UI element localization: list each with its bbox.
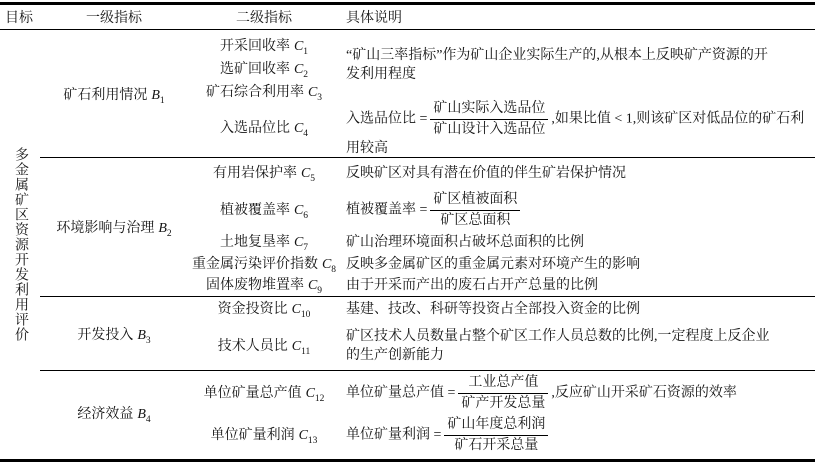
level1-cell-b2: 环境影响与治理B2 <box>40 158 188 296</box>
group-ore-utilization: 矿石利用情况B1 开采回收率C1 选矿回收率C2 矿石综合利用率C3 “矿山三率… <box>40 30 815 157</box>
header-goal: 目标 <box>0 7 40 27</box>
description-c12: 单位矿量总产值 =工业总产值矿产开发总量,反应矿山开采矿石资源的效率 <box>340 374 815 413</box>
group-environment: 环境影响与治理B2 有用岩保护率C5 反映矿区对具有潜在价值的伴生矿岩保护情况 … <box>40 157 815 296</box>
row-c6: 植被覆盖率C6 植被覆盖率 =矿区植被面积矿区总面积 <box>188 189 815 233</box>
description-c10: 基建、技改、科研等投资占全部投入资金的比例 <box>340 300 815 319</box>
paper-table-page: 目标 一级指标 二级指标 具体说明 多金属矿区资源开发利用评价 矿石利用情况B1 <box>0 0 815 466</box>
row-c13: 单位矿量利润C13 单位矿量利润 =矿山年度总利润矿石开采总量 <box>188 415 815 455</box>
goal-cell: 多金属矿区资源开发利用评价 <box>0 30 40 459</box>
level1-cell-b4: 经济效益B4 <box>40 371 188 455</box>
indicator-c8: 重金属污染评价指数C8 <box>188 256 340 273</box>
row-c8: 重金属污染评价指数C8 反映多金属矿区的重金属元素对环境产生的影响 <box>188 253 815 275</box>
group-economic-benefit: 经济效益B4 单位矿量总产值C12 单位矿量总产值 =工业总产值矿产开发总量,反… <box>40 370 815 455</box>
row-c5: 有用岩保护率C5 反映矿区对具有潜在价值的伴生矿岩保护情况 <box>188 158 815 189</box>
goal-vertical-text: 多金属矿区资源开发利用评价 <box>8 147 32 342</box>
indicator-c9: 固体废物堆置率C9 <box>188 277 340 294</box>
header-level1: 一级指标 <box>40 7 188 27</box>
row-c10: 资金投资比C10 基建、技改、科研等投资占全部投入资金的比例 <box>188 297 815 323</box>
level1-label-b4: 经济效益B4 <box>77 403 150 423</box>
row-c4: 入选品位比C4 入选品位比 =矿山实际入选品位矿山设计入选品位,如果比值 < 1… <box>188 100 815 157</box>
fraction-c6: 矿区植被面积矿区总面积 <box>430 191 520 230</box>
table-header-row: 目标 一级指标 二级指标 具体说明 <box>0 5 815 30</box>
row-c11: 技术人员比C11 矿区技术人员数量占整个矿区工作人员总数的比例,一定程度上反企业… <box>188 323 815 370</box>
evaluation-indicator-table: 目标 一级指标 二级指标 具体说明 多金属矿区资源开发利用评价 矿石利用情况B1 <box>0 2 815 462</box>
level1-label-b2: 环境影响与治理B2 <box>56 217 171 237</box>
indicator-groups: 矿石利用情况B1 开采回收率C1 选矿回收率C2 矿石综合利用率C3 “矿山三率… <box>40 30 815 459</box>
rows-c1-c3: 开采回收率C1 选矿回收率C2 矿石综合利用率C3 “矿山三率指标”作为矿山企业… <box>188 30 815 100</box>
indicator-c7: 土地复垦率C7 <box>188 234 340 251</box>
description-c13: 单位矿量利润 =矿山年度总利润矿石开采总量 <box>340 416 815 455</box>
indicator-c13: 单位矿量利润C13 <box>188 427 340 444</box>
group4-rows: 单位矿量总产值C12 单位矿量总产值 =工业总产值矿产开发总量,反应矿山开采矿石… <box>188 371 815 455</box>
indicator-c4: 入选品位比C4 <box>188 120 340 137</box>
row-c12: 单位矿量总产值C12 单位矿量总产值 =工业总产值矿产开发总量,反应矿山开采矿石… <box>188 371 815 415</box>
description-c9: 由于开采而产出的废石占开产总量的比例 <box>340 276 815 295</box>
indicator-c2: 选矿回收率C2 <box>188 58 340 81</box>
row-c9: 固体废物堆置率C9 由于开采而产出的废石占开产总量的比例 <box>188 275 815 296</box>
description-c1-c3: “矿山三率指标”作为矿山企业实际生产的,从根本上反映矿产资源的开发利用程度 <box>340 30 815 100</box>
table-body: 多金属矿区资源开发利用评价 矿石利用情况B1 开采回收率C1 选矿回收率C2 矿… <box>0 30 815 459</box>
description-c6: 植被覆盖率 =矿区植被面积矿区总面积 <box>340 191 815 230</box>
description-c4: 入选品位比 =矿山实际入选品位矿山设计入选品位,如果比值 < 1,则该矿区对低品… <box>340 100 815 158</box>
indicator-stack: 开采回收率C1 选矿回收率C2 矿石综合利用率C3 <box>188 30 340 100</box>
level1-label-b3: 开发投入B3 <box>77 324 150 344</box>
indicator-c12: 单位矿量总产值C12 <box>188 385 340 402</box>
group-development-input: 开发投入B3 资金投资比C10 基建、技改、科研等投资占全部投入资金的比例 技术… <box>40 296 815 370</box>
indicator-c5: 有用岩保护率C5 <box>188 165 340 182</box>
description-c11: 矿区技术人员数量占整个矿区工作人员总数的比例,一定程度上反企业的生产创新能力 <box>340 327 815 365</box>
fraction-c4: 矿山实际入选品位矿山设计入选品位 <box>430 100 548 139</box>
description-c5: 反映矿区对具有潜在价值的伴生矿岩保护情况 <box>340 164 815 183</box>
fraction-c12: 工业总产值矿产开发总量 <box>458 374 548 413</box>
group1-rows: 开采回收率C1 选矿回收率C2 矿石综合利用率C3 “矿山三率指标”作为矿山企业… <box>188 30 815 157</box>
description-c8: 反映多金属矿区的重金属元素对环境产生的影响 <box>340 255 815 274</box>
group2-rows: 有用岩保护率C5 反映矿区对具有潜在价值的伴生矿岩保护情况 植被覆盖率C6 植被… <box>188 158 815 296</box>
indicator-c11: 技术人员比C11 <box>188 338 340 355</box>
fraction-c13: 矿山年度总利润矿石开采总量 <box>444 416 548 455</box>
level1-label-b1: 矿石利用情况B1 <box>63 84 164 104</box>
level1-cell-b3: 开发投入B3 <box>40 297 188 370</box>
indicator-c6: 植被覆盖率C6 <box>188 202 340 219</box>
indicator-c1: 开采回收率C1 <box>188 35 340 58</box>
group3-rows: 资金投资比C10 基建、技改、科研等投资占全部投入资金的比例 技术人员比C11 … <box>188 297 815 370</box>
header-description: 具体说明 <box>340 7 815 27</box>
indicator-c10: 资金投资比C10 <box>188 301 340 318</box>
description-c7: 矿山治理环境面积占破坏总面积的比例 <box>340 233 815 252</box>
header-level2: 二级指标 <box>188 7 340 27</box>
row-c7: 土地复垦率C7 矿山治理环境面积占破坏总面积的比例 <box>188 232 815 253</box>
level1-cell-b1: 矿石利用情况B1 <box>40 30 188 157</box>
